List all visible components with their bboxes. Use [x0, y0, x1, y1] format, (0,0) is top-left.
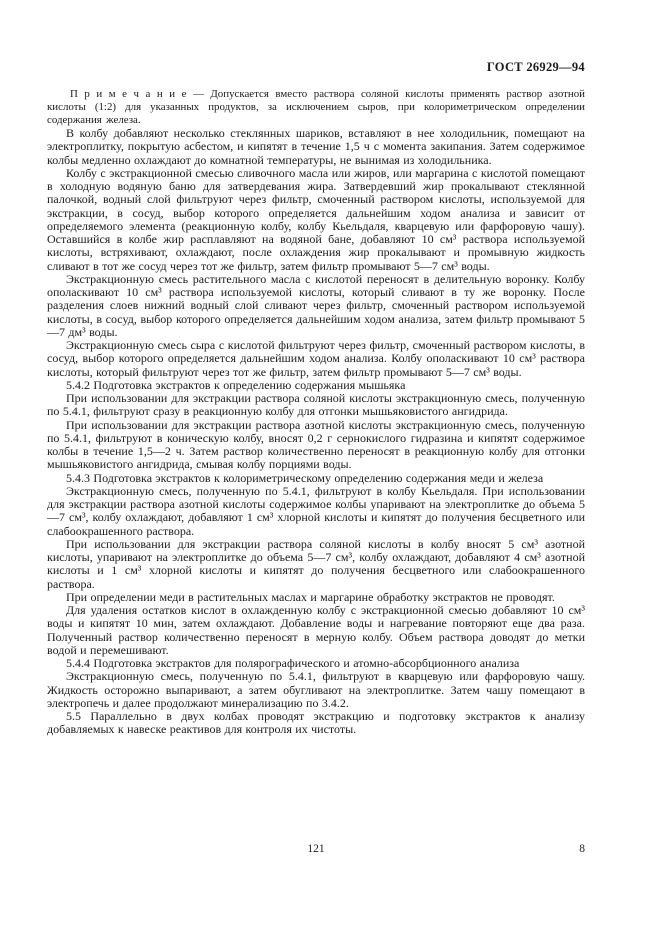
section-heading-5-4-2: 5.4.2 Подготовка экстрактов к определени…: [47, 379, 585, 392]
paragraph: Экстракционную смесь сыра с кислотой фил…: [47, 339, 585, 379]
section-paragraph-5-5: 5.5 Параллельно в двух колбах проводят э…: [47, 710, 585, 737]
paragraph: При определении меди в растительных масл…: [47, 591, 585, 604]
section-heading-5-4-4: 5.4.4 Подготовка экстрактов для полярогр…: [47, 657, 585, 670]
paragraph: Экстракционную смесь растительного масла…: [47, 273, 585, 339]
paragraph: При использовании для экстракции раствор…: [47, 392, 585, 419]
paragraph: Колбу с экстракционной смесью сливочного…: [47, 167, 585, 273]
paragraph: Для удаления остатков кислот в охлажденн…: [47, 604, 585, 657]
page-footer: 121 8: [47, 843, 585, 856]
footer-page-number-center: 121: [47, 843, 585, 856]
paragraph: При использовании для экстракции раствор…: [47, 419, 585, 472]
section-heading-5-4-3: 5.4.3 Подготовка экстрактов к колориметр…: [47, 472, 585, 485]
paragraph: Экстракционную смесь, полученную по 5.4.…: [47, 485, 585, 538]
paragraph: В колбу добавляют несколько стеклянных ш…: [47, 127, 585, 167]
document-body: П р и м е ч а н и е — Допускается вместо…: [47, 88, 585, 737]
paragraph: Экстракционную смесь, полученную по 5.4.…: [47, 670, 585, 710]
gost-number-header: ГОСТ 26929—94: [47, 60, 585, 75]
document-page: ГОСТ 26929—94 П р и м е ч а н и е — Допу…: [0, 0, 661, 936]
footer-page-number-right: 8: [579, 843, 585, 856]
paragraph: При использовании для экстракции раствор…: [47, 538, 585, 591]
note-paragraph: П р и м е ч а н и е — Допускается вместо…: [47, 88, 585, 127]
